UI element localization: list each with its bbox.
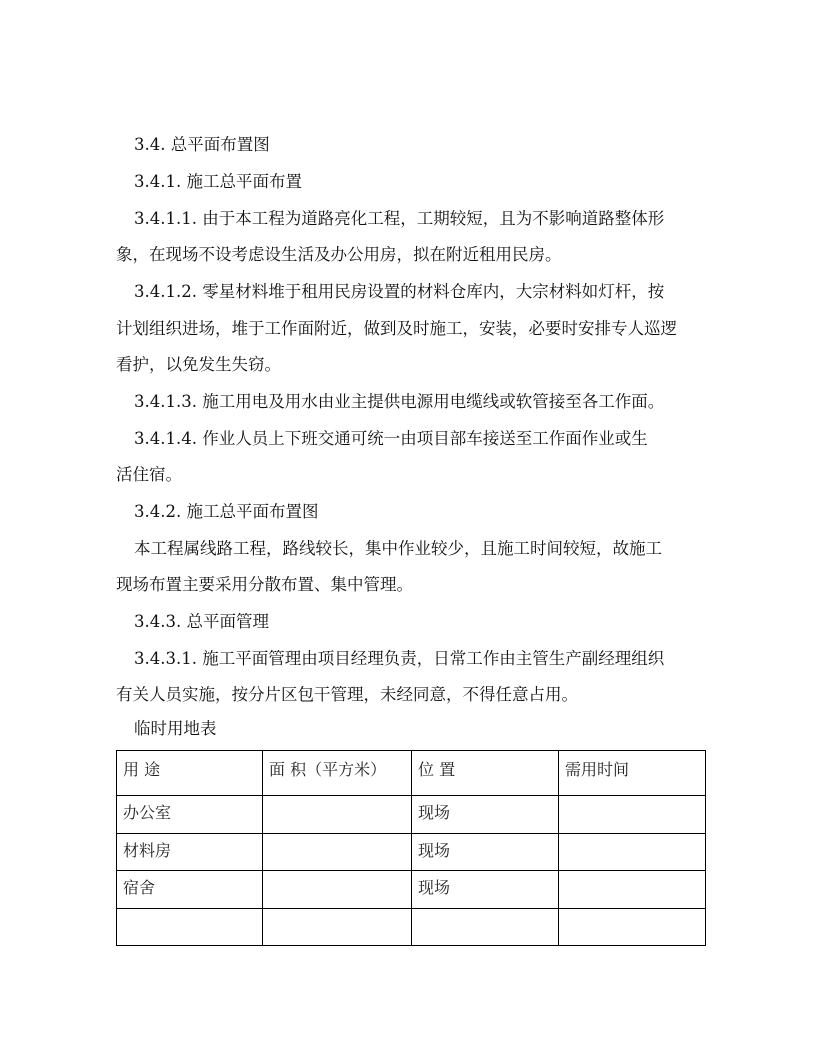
cell-time — [559, 871, 706, 909]
paragraph-3-4-2-line2: 现场布置主要采用分散布置、集中管理。 — [116, 573, 413, 597]
paragraph-3-4-1-2-line3: 看护，以免发生失窃。 — [116, 353, 281, 377]
header-usage: 用 途 — [117, 751, 263, 796]
paragraph-3-4-3-1-line2: 有关人员实施，按分片区包干管理，未经同意，不得任意占用。 — [116, 683, 578, 707]
cell-location: 现场 — [412, 833, 559, 871]
header-time-required: 需用时间 — [559, 751, 706, 796]
table-row: 办公室 现场 — [117, 796, 706, 834]
cell-area — [263, 796, 412, 834]
cell-location — [412, 908, 559, 946]
table-row: 材料房 现场 — [117, 833, 706, 871]
header-location: 位 置 — [412, 751, 559, 796]
paragraph-3-4-1-4-line1: 3.4.1.4. 作业人员上下班交通可统一由项目部车接送至工作面作业或生 — [134, 427, 648, 451]
paragraph-3-4-1-4-line2: 活住宿。 — [116, 463, 182, 487]
cell-location: 现场 — [412, 796, 559, 834]
table-row: 宿舍 现场 — [117, 871, 706, 909]
paragraph-3-4-2-line1: 本工程属线路工程，路线较长，集中作业较少，且施工时间较短，故施工 — [134, 537, 662, 561]
cell-area — [263, 908, 412, 946]
cell-area — [263, 871, 412, 909]
cell-location: 现场 — [412, 871, 559, 909]
cell-usage: 宿舍 — [117, 871, 263, 909]
temporary-land-use-table: 用 途 面 积（平方米） 位 置 需用时间 办公室 现场 材料房 现场 宿舍 现… — [116, 750, 706, 946]
cell-usage: 材料房 — [117, 833, 263, 871]
table-header-row: 用 途 面 积（平方米） 位 置 需用时间 — [117, 751, 706, 796]
cell-usage: 办公室 — [117, 796, 263, 834]
paragraph-3-4-3-1-line1: 3.4.3.1. 施工平面管理由项目经理负责，日常工作由主管生产副经理组织 — [134, 647, 664, 671]
header-area: 面 积（平方米） — [263, 751, 412, 796]
cell-time — [559, 833, 706, 871]
paragraph-3-4-1-2-line2: 计划组织进场，堆于工作面附近，做到及时施工，安装，必要时安排专人巡逻 — [116, 317, 677, 341]
paragraph-3-4-1-2-line1: 3.4.1.2. 零星材料堆于租用民房设置的材料仓库内，大宗材料如灯杆，按 — [134, 280, 664, 304]
cell-usage — [117, 908, 263, 946]
heading-3-4-3: 3.4.3. 总平面管理 — [134, 610, 269, 634]
table-caption: 临时用地表 — [134, 717, 217, 741]
table-row — [117, 908, 706, 946]
heading-3-4-2: 3.4.2. 施工总平面布置图 — [134, 500, 318, 524]
paragraph-3-4-1-1-line1: 3.4.1.1. 由于本工程为道路亮化工程，工期较短，且为不影响道路整体形 — [134, 207, 664, 231]
cell-area — [263, 833, 412, 871]
heading-3-4-1: 3.4.1. 施工总平面布置 — [134, 170, 302, 194]
cell-time — [559, 908, 706, 946]
paragraph-3-4-1-1-line2: 象，在现场不设考虑设生活及办公用房，拟在附近租用民房。 — [116, 243, 562, 267]
cell-time — [559, 796, 706, 834]
paragraph-3-4-1-3: 3.4.1.3. 施工用电及用水由业主提供电源用电缆线或软管接至各工作面。 — [134, 390, 664, 414]
heading-3-4: 3.4. 总平面布置图 — [134, 133, 270, 157]
